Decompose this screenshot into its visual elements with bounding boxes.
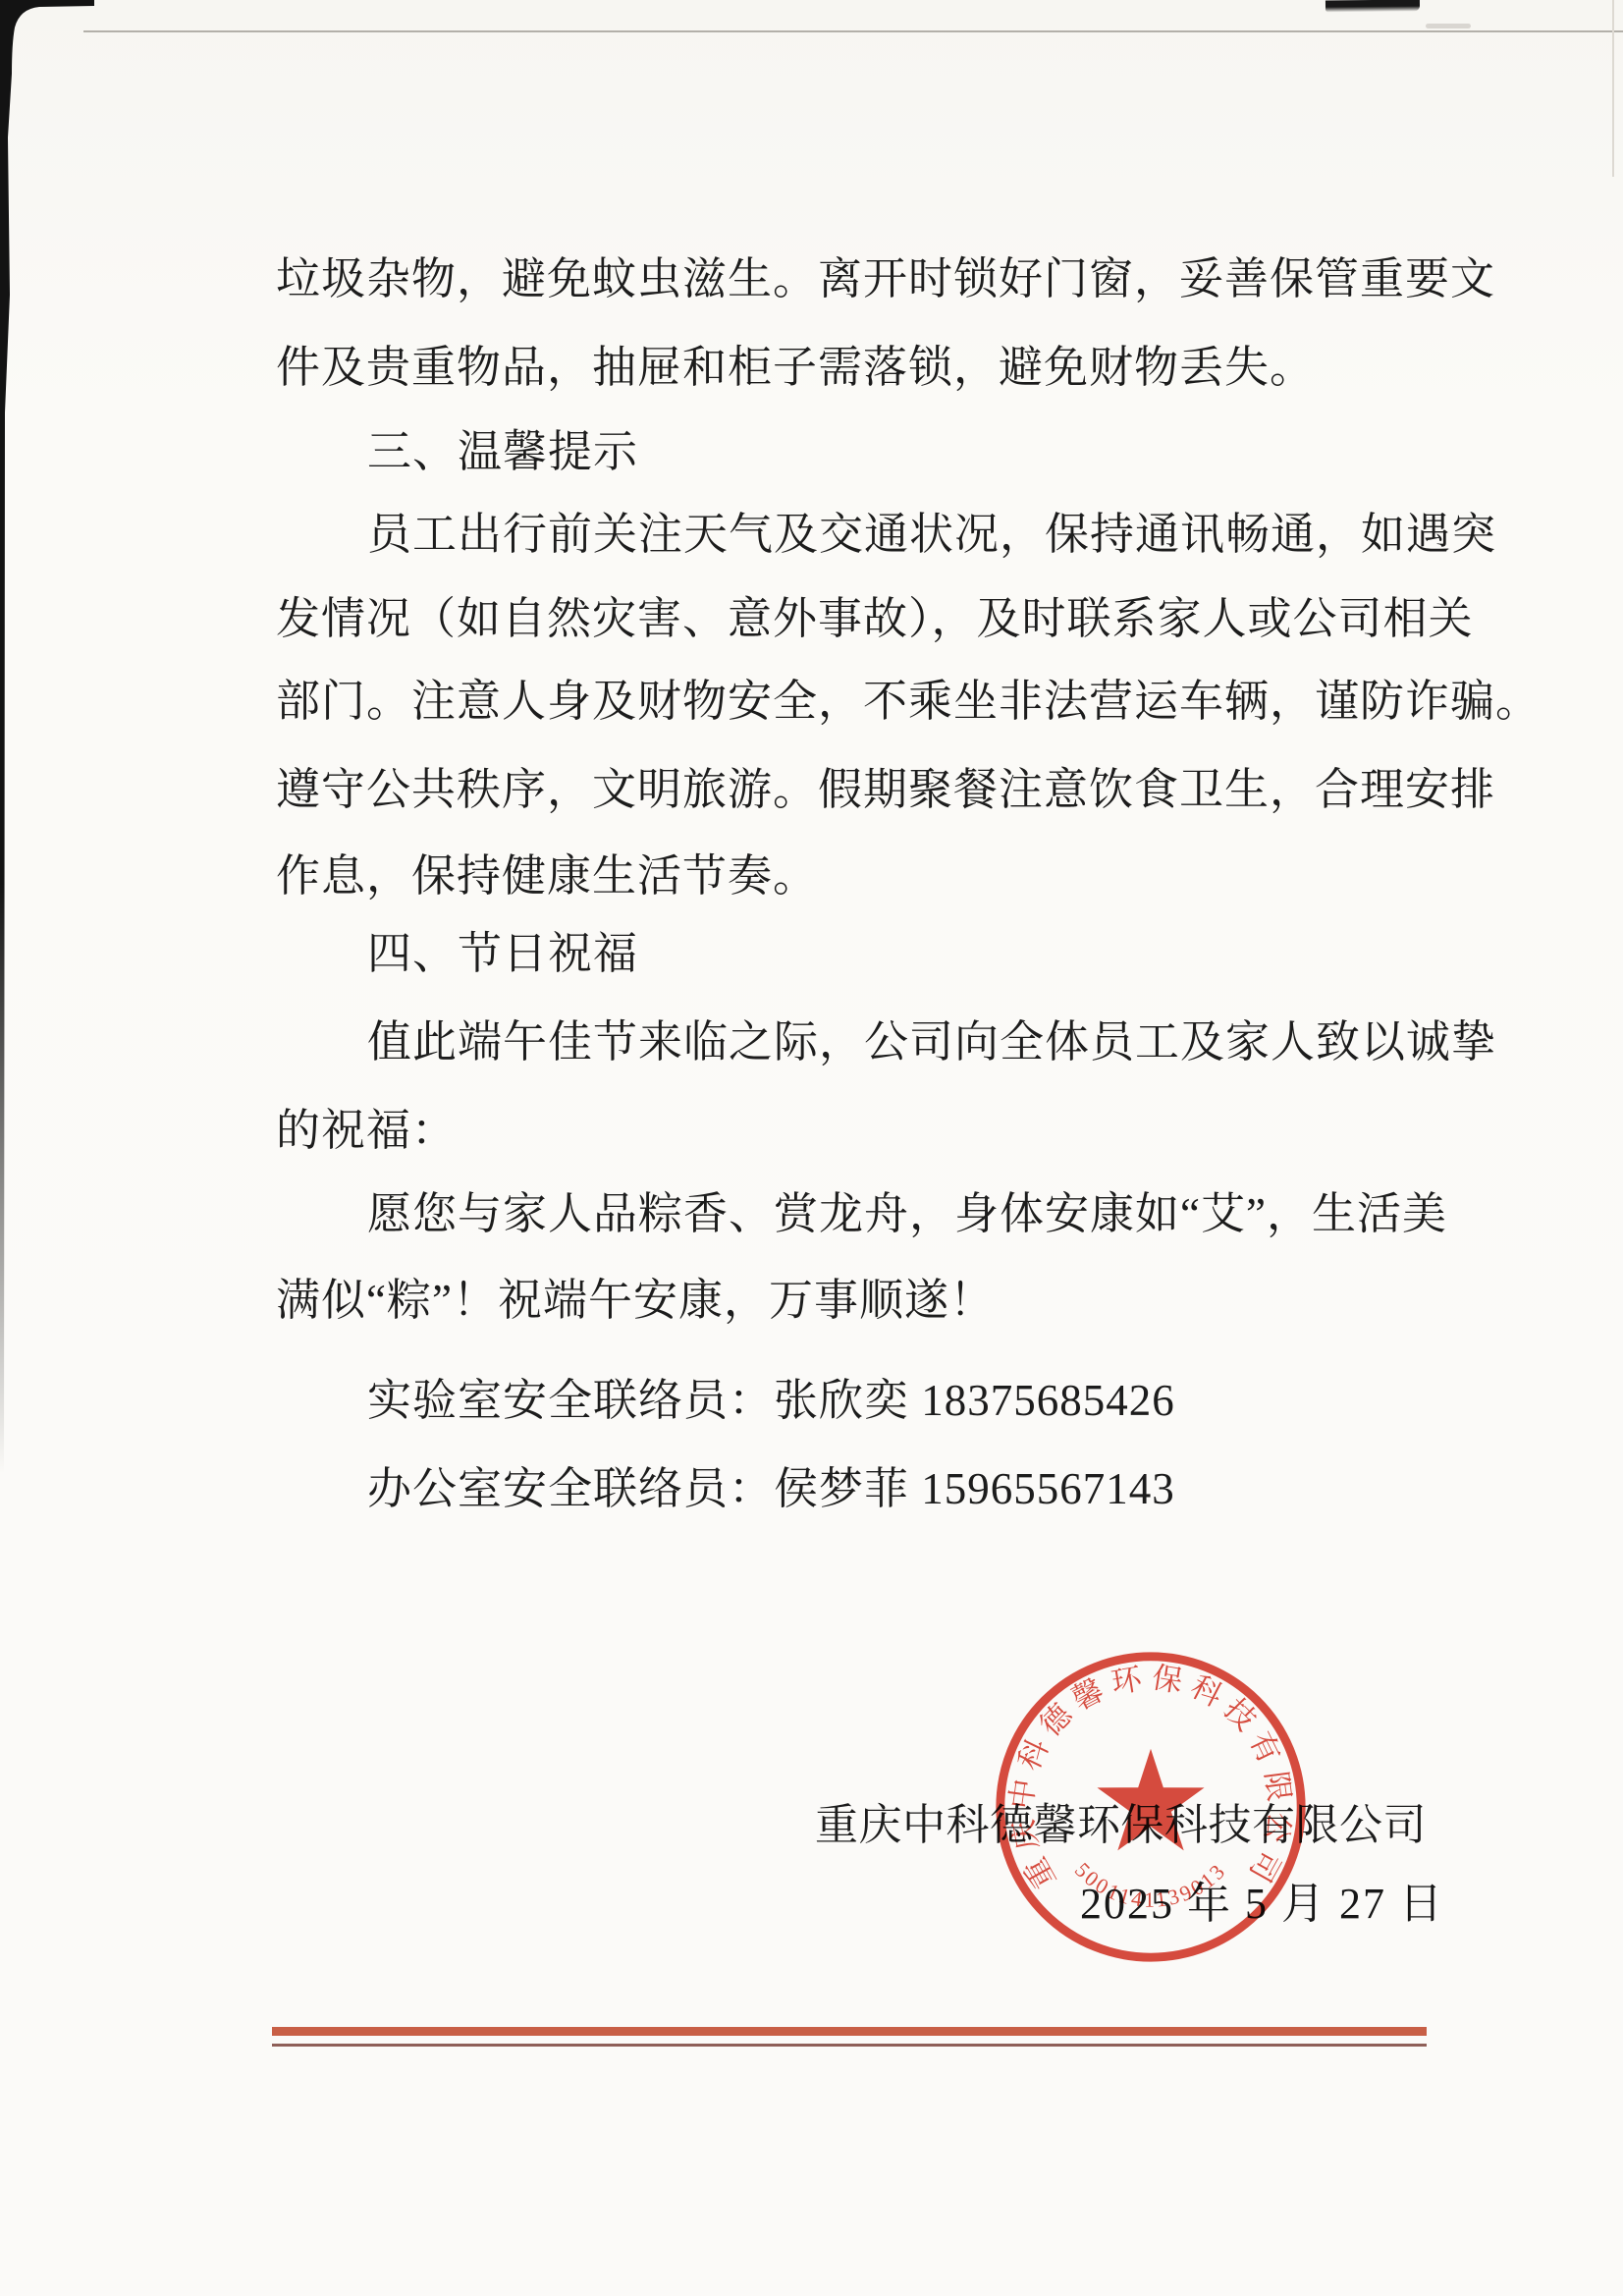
body-line: 部门。注意人身及财物安全，不乘坐非法营运车辆，谨防诈骗。 — [276, 676, 1541, 727]
body-line: 发情况（如自然灾害、意外事故），及时联系家人或公司相关 — [276, 593, 1474, 644]
seal-star — [1097, 1749, 1204, 1851]
top-right-faint-mark — [1426, 24, 1471, 28]
seal-serial-number: 5001141139013 — [1070, 1858, 1231, 1912]
section-heading: 三、温馨提示 — [367, 426, 638, 477]
body-line: 垃圾杂物，避免蚊虫滋生。离开时锁好门窗，妥善保管重要文 — [276, 253, 1495, 304]
body-line: 作息，保持健康生活节奏。 — [276, 850, 818, 902]
body-line: 员工出行前关注天气及交通状况，保持通讯畅通，如遇突 — [367, 509, 1496, 560]
left-edge-scan-artifact — [0, 0, 118, 1473]
footer-rule-thick — [272, 2027, 1427, 2036]
body-line: 值此端午佳节来临之际，公司向全体员工及家人致以诚挚 — [367, 1016, 1496, 1067]
top-right-edge-scan-artifact — [1325, 0, 1420, 13]
scanned-document-page: 垃圾杂物，避免蚊虫滋生。离开时锁好门窗，妥善保管重要文 件及贵重物品，抽屉和柜子… — [0, 0, 1623, 2296]
contact-line-lab: 实验室安全联络员：张欣奕 18375685426 — [367, 1375, 1175, 1426]
body-line: 遵守公共秩序，文明旅游。假期聚餐注意饮食卫生，合理安排 — [276, 764, 1495, 815]
svg-text:5001141139013: 5001141139013 — [1070, 1858, 1231, 1912]
contact-line-office: 办公室安全联络员：侯梦菲 15965567143 — [367, 1463, 1175, 1514]
body-line: 的祝福： — [276, 1105, 457, 1156]
body-line: 满似“粽”！祝端午安康，万事顺遂！ — [276, 1275, 995, 1326]
section-heading: 四、节日祝福 — [367, 928, 638, 979]
scan-hairline — [83, 30, 1623, 32]
footer-rule-thin — [272, 2044, 1427, 2047]
right-edge-scan-artifact — [1612, 0, 1614, 177]
body-line: 愿您与家人品粽香、赏龙舟，身体安康如“艾”，生活美 — [367, 1188, 1447, 1239]
company-seal: 重庆中科德馨环保科技有限公司 5001141139013 — [986, 1642, 1316, 1972]
body-line: 件及贵重物品，抽屉和柜子需落锁，避免财物丢失。 — [276, 342, 1315, 393]
